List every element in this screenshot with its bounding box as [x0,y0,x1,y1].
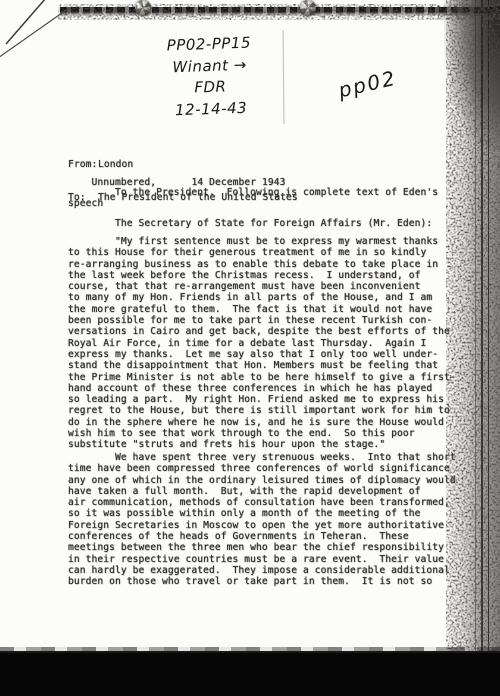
text-line: "My first sentence must be to express my… [68,236,478,247]
text-line: to many of my Hon. Friends in all parts … [68,292,478,303]
page-top-edge-shadow [60,7,500,16]
text-line: Royal Air Force, in time for a debate la… [68,338,478,349]
right-edge-corner-blotch [444,0,500,150]
speech-paragraph-1: "My first sentence must be to express my… [68,236,478,451]
handwritten-page-number: pp02 [336,66,399,103]
right-edge-scan-line [488,0,489,652]
text-line: in their respective countries must be a … [68,554,478,565]
text-line: 12-14-43 [151,96,272,122]
text-line: any one of which in the ordinary leisure… [68,475,478,486]
corner-fold-crease [0,8,69,58]
speech-paragraph-2: We have spent three very strenuous weeks… [68,452,478,588]
text-line: Foreign Secretaries in Moscow to open th… [68,520,478,531]
text-line: stand the disappointment that Hon. Membe… [68,360,478,371]
text-line: the more grateful to them. The fact is t… [68,304,478,315]
text-line: PP02-PP15 [149,32,270,58]
text-line: versations in Cairo and get back, despit… [68,326,478,337]
text-line: to this House for their generous treatme… [68,247,478,258]
scanned-telegram-page: PP02-PP15Winant →FDR12-14-43 pp02 From:L… [0,0,500,696]
text-line: air communication, methods of consultati… [68,497,478,508]
text-line: substitute "struts and frets his hour up… [68,439,478,450]
text-line: meetings between the three men who bear … [68,542,478,553]
text-line: express my thanks. Let me say also that … [68,349,478,360]
telegram-intro: To the President. Following is complete … [68,187,478,210]
handwritten-routing-note: PP02-PP15Winant →FDR12-14-43 [149,32,272,122]
text-line: been possible for me to take part in the… [68,315,478,326]
vertical-fold-line [283,30,284,124]
text-line: can hardly be exaggerated. They impose a… [68,565,478,576]
text-line: do in the sphere where he now is, and he… [68,417,478,428]
text-line: the Prime Minister is not able to be her… [68,372,478,383]
text-line: course, that that re-arrangement must ha… [68,281,478,292]
text-line: have taken a full month. But, with the r… [68,486,478,497]
text-line: the last week before the Christmas reces… [68,270,478,281]
text-line: so it was possible within only a month o… [68,508,478,519]
text-line: To the President. Following is complete … [68,187,478,198]
corner-fold-crease [6,0,46,44]
staple-fastener-icon [300,0,316,16]
bottom-scan-black-bar [0,651,500,696]
right-edge-scan-line [475,0,476,652]
staple-fastener-icon [135,0,151,16]
text-line: regret to the House, but there is still … [68,405,478,416]
speaker-line: The Secretary of State for Foreign Affai… [68,218,478,229]
text-line: burden on those who travel or take part … [68,576,478,587]
text-line: speech [68,198,478,209]
text-line: conferences of the heads of Governments … [68,531,478,542]
right-edge-scan-line [481,0,483,652]
text-line: time have been compressed three conferen… [68,463,478,474]
text-line: hand account of these three conferences … [68,383,478,394]
text-line: so leading a part. My right Hon. Friend … [68,394,478,405]
text-line: We have spent three very strenuous weeks… [68,452,478,463]
text-line: re-arranging business as to enable this … [68,259,478,270]
text-line: wish him to see that work through to the… [68,428,478,439]
